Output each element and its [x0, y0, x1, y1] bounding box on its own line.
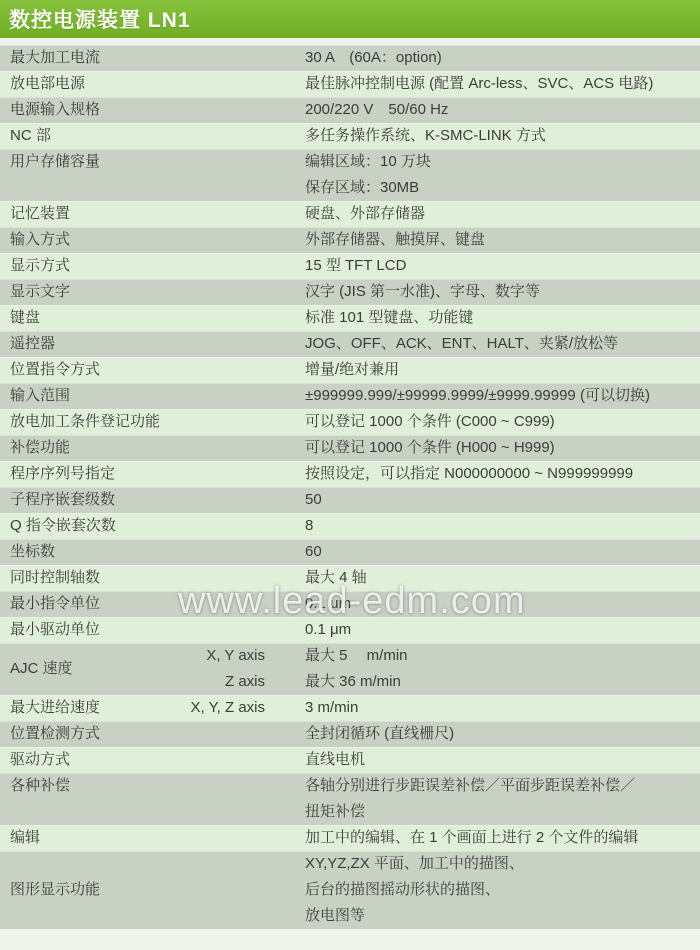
table-row: 位置指令方式增量/绝对兼用: [0, 357, 700, 383]
row-line: ±999999.999/±99999.9999/±9999.99999 (可以切…: [183, 383, 700, 409]
row-axis-sublabel: [183, 439, 293, 457]
row-body: 标准 101 型键盘、功能键: [183, 305, 700, 331]
table-row: 图形显示功能XY,YZ,ZX 平面、加工中的描图、后台的描图摇动形状的描图、放电…: [0, 851, 700, 929]
row-value: 15 型 TFT LCD: [293, 257, 700, 275]
spec-sheet-page: 数控电源装置 LN1 最大加工电流30 A (60A：option)放电部电源最…: [0, 0, 700, 950]
row-label: 显示方式: [0, 253, 183, 275]
row-label: NC 部: [0, 123, 183, 145]
row-value: 最大 36 m/min: [293, 673, 700, 691]
row-axis-sublabel: [183, 803, 293, 821]
row-line: 0.1 μm: [183, 591, 700, 617]
row-body: 可以登记 1000 个条件 (H000 ~ H999): [183, 435, 700, 461]
row-value: 可以登记 1000 个条件 (H000 ~ H999): [293, 439, 700, 457]
row-axis-sublabel: [183, 387, 293, 405]
row-body: 0.1 μm: [183, 591, 700, 617]
table-row: NC 部多任务操作系统、K-SMC-LINK 方式: [0, 123, 700, 149]
spec-table: 最大加工电流30 A (60A：option)放电部电源最佳脉冲控制电源 (配置…: [0, 45, 700, 929]
row-axis-sublabel: [183, 101, 293, 119]
row-line: 多任务操作系统、K-SMC-LINK 方式: [183, 123, 700, 149]
row-value: 全封闭循环 (直线栅尺): [293, 725, 700, 743]
row-label: 最大进给速度: [0, 695, 183, 717]
row-body: 60: [183, 539, 700, 565]
row-line: Z axis最大 36 m/min: [183, 669, 700, 695]
row-line: 加工中的编辑、在 1 个画面上进行 2 个文件的编辑: [183, 825, 700, 851]
row-body: 各轴分别进行步距误差补偿／平面步距误差补偿／扭矩补偿: [183, 773, 700, 825]
row-body: 50: [183, 487, 700, 513]
row-value: XY,YZ,ZX 平面、加工中的描图、: [293, 855, 700, 873]
row-value: 8: [293, 517, 700, 535]
row-axis-sublabel: [183, 413, 293, 431]
row-value: 0.1 μm: [293, 595, 700, 613]
row-axis-sublabel: [183, 569, 293, 587]
row-axis-sublabel: Z axis: [183, 673, 293, 691]
row-label: 输入方式: [0, 227, 183, 249]
row-label: 显示文字: [0, 279, 183, 301]
row-label: 驱动方式: [0, 747, 183, 769]
row-axis-sublabel: [183, 543, 293, 561]
row-value: 直线电机: [293, 751, 700, 769]
row-axis-sublabel: [183, 127, 293, 145]
row-body: 最大 4 轴: [183, 565, 700, 591]
row-line: 外部存储器、触摸屏、键盘: [183, 227, 700, 253]
row-label: 放电部电源: [0, 71, 183, 93]
row-value: 最佳脉冲控制电源 (配置 Arc-less、SVC、ACS 电路): [293, 75, 700, 93]
row-value: 外部存储器、触摸屏、键盘: [293, 231, 700, 249]
row-value: 加工中的编辑、在 1 个画面上进行 2 个文件的编辑: [293, 829, 700, 847]
row-body: 直线电机: [183, 747, 700, 773]
table-row: 显示方式15 型 TFT LCD: [0, 253, 700, 279]
row-label: 子程序嵌套级数: [0, 487, 183, 509]
row-value: 最大 4 轴: [293, 569, 700, 587]
row-line: 增量/绝对兼用: [183, 357, 700, 383]
row-value: 保存区域：30MB: [293, 179, 700, 197]
row-line: 200/220 V 50/60 Hz: [183, 97, 700, 123]
row-body: 15 型 TFT LCD: [183, 253, 700, 279]
row-body: 可以登记 1000 个条件 (C000 ~ C999): [183, 409, 700, 435]
row-axis-sublabel: [183, 49, 293, 67]
row-label: 用户存储容量: [0, 149, 183, 171]
row-line: 标准 101 型键盘、功能键: [183, 305, 700, 331]
row-axis-sublabel: [183, 335, 293, 353]
row-value: 200/220 V 50/60 Hz: [293, 101, 700, 119]
row-axis-sublabel: [183, 205, 293, 223]
title-table-gap: [0, 38, 700, 45]
row-label: 最小驱动单位: [0, 617, 183, 639]
row-line: 汉字 (JIS 第一水准)、字母、数字等: [183, 279, 700, 305]
page-title-bar: 数控电源装置 LN1: [0, 0, 700, 38]
row-axis-sublabel: [183, 309, 293, 327]
row-line: 可以登记 1000 个条件 (H000 ~ H999): [183, 435, 700, 461]
table-row: 记忆装置硬盘、外部存储器: [0, 201, 700, 227]
row-axis-sublabel: [183, 751, 293, 769]
row-value: 后台的描图摇动形状的描图、: [293, 881, 700, 899]
row-line: 放电图等: [183, 903, 700, 929]
row-line: 60: [183, 539, 700, 565]
table-row: 键盘标准 101 型键盘、功能键: [0, 305, 700, 331]
row-value: 50: [293, 491, 700, 509]
row-axis-sublabel: X, Y, Z axis: [183, 699, 293, 717]
row-body: X, Y axis最大 5 m/minZ axis最大 36 m/min: [183, 643, 700, 695]
row-line: 最佳脉冲控制电源 (配置 Arc-less、SVC、ACS 电路): [183, 71, 700, 97]
row-line: 8: [183, 513, 700, 539]
row-body: XY,YZ,ZX 平面、加工中的描图、后台的描图摇动形状的描图、放电图等: [183, 851, 700, 929]
row-label: 位置检测方式: [0, 721, 183, 743]
table-row: 位置检测方式全封闭循环 (直线栅尺): [0, 721, 700, 747]
row-line: 0.1 μm: [183, 617, 700, 643]
row-line: X, Y, Z axis3 m/min: [183, 695, 700, 721]
table-row: 用户存储容量编辑区域：10 万块保存区域：30MB: [0, 149, 700, 201]
table-row: 放电部电源最佳脉冲控制电源 (配置 Arc-less、SVC、ACS 电路): [0, 71, 700, 97]
row-line: 50: [183, 487, 700, 513]
row-body: 8: [183, 513, 700, 539]
row-label: 输入范围: [0, 383, 183, 405]
row-body: 全封闭循环 (直线栅尺): [183, 721, 700, 747]
row-label: AJC 速度: [0, 660, 183, 678]
row-line: 保存区域：30MB: [183, 175, 700, 201]
row-value: 60: [293, 543, 700, 561]
row-label: 最小指令单位: [0, 591, 183, 613]
row-label: 坐标数: [0, 539, 183, 561]
row-value: 汉字 (JIS 第一水准)、字母、数字等: [293, 283, 700, 301]
row-line: 全封闭循环 (直线栅尺): [183, 721, 700, 747]
row-label: 各种补偿: [0, 773, 183, 795]
row-body: 编辑区域：10 万块保存区域：30MB: [183, 149, 700, 201]
row-line: 编辑区域：10 万块: [183, 149, 700, 175]
row-label: 电源输入规格: [0, 97, 183, 119]
row-axis-sublabel: [183, 179, 293, 197]
table-row: Q 指令嵌套次数8: [0, 513, 700, 539]
row-label: 编辑: [0, 825, 183, 847]
row-line: 按照设定，可以指定 N000000000 ~ N999999999: [183, 461, 700, 487]
table-row: 编辑加工中的编辑、在 1 个画面上进行 2 个文件的编辑: [0, 825, 700, 851]
row-line: 直线电机: [183, 747, 700, 773]
row-value: 增量/绝对兼用: [293, 361, 700, 379]
table-row: 最大加工电流30 A (60A：option): [0, 45, 700, 71]
row-body: 加工中的编辑、在 1 个画面上进行 2 个文件的编辑: [183, 825, 700, 851]
row-value: 按照设定，可以指定 N000000000 ~ N999999999: [293, 465, 700, 483]
row-value: 多任务操作系统、K-SMC-LINK 方式: [293, 127, 700, 145]
row-body: 汉字 (JIS 第一水准)、字母、数字等: [183, 279, 700, 305]
row-line: 硬盘、外部存储器: [183, 201, 700, 227]
row-axis-sublabel: [183, 465, 293, 483]
row-value: 3 m/min: [293, 699, 700, 717]
row-axis-sublabel: [183, 283, 293, 301]
row-axis-sublabel: [183, 257, 293, 275]
table-row: 驱动方式直线电机: [0, 747, 700, 773]
row-label: 放电加工条件登记功能: [0, 409, 183, 431]
table-row: 最大进给速度X, Y, Z axis3 m/min: [0, 695, 700, 721]
row-body: JOG、OFF、ACK、ENT、HALT、夹紧/放松等: [183, 331, 700, 357]
row-value: 最大 5 m/min: [293, 647, 700, 665]
row-label: 程序序列号指定: [0, 461, 183, 483]
row-label: 位置指令方式: [0, 357, 183, 379]
row-line: JOG、OFF、ACK、ENT、HALT、夹紧/放松等: [183, 331, 700, 357]
row-label: 图形显示功能: [0, 881, 183, 899]
table-row: 电源输入规格200/220 V 50/60 Hz: [0, 97, 700, 123]
page-title: 数控电源装置 LN1: [9, 4, 191, 34]
row-line: 扭矩补偿: [183, 799, 700, 825]
table-row: AJC 速度X, Y axis最大 5 m/minZ axis最大 36 m/m…: [0, 643, 700, 695]
row-line: 15 型 TFT LCD: [183, 253, 700, 279]
table-row: 遥控器JOG、OFF、ACK、ENT、HALT、夹紧/放松等: [0, 331, 700, 357]
table-row: 输入方式外部存储器、触摸屏、键盘: [0, 227, 700, 253]
row-value: 30 A (60A：option): [293, 49, 700, 67]
row-line: 可以登记 1000 个条件 (C000 ~ C999): [183, 409, 700, 435]
row-axis-sublabel: [183, 725, 293, 743]
row-axis-sublabel: X, Y axis: [183, 647, 293, 665]
row-axis-sublabel: [183, 491, 293, 509]
row-axis-sublabel: [183, 829, 293, 847]
row-value: 各轴分别进行步距误差补偿／平面步距误差补偿／: [293, 777, 700, 795]
row-label: 记忆装置: [0, 201, 183, 223]
row-value: ±999999.999/±99999.9999/±9999.99999 (可以切…: [293, 387, 700, 405]
row-value: 标准 101 型键盘、功能键: [293, 309, 700, 327]
table-row: 程序序列号指定按照设定，可以指定 N000000000 ~ N999999999: [0, 461, 700, 487]
row-body: 最佳脉冲控制电源 (配置 Arc-less、SVC、ACS 电路): [183, 71, 700, 97]
row-body: 增量/绝对兼用: [183, 357, 700, 383]
table-row: 补偿功能可以登记 1000 个条件 (H000 ~ H999): [0, 435, 700, 461]
row-axis-sublabel: [183, 855, 293, 873]
row-axis-sublabel: [183, 361, 293, 379]
row-axis-sublabel: [183, 231, 293, 249]
row-body: 200/220 V 50/60 Hz: [183, 97, 700, 123]
row-body: X, Y, Z axis3 m/min: [183, 695, 700, 721]
table-row: 最小驱动单位0.1 μm: [0, 617, 700, 643]
row-axis-sublabel: [183, 621, 293, 639]
row-axis-sublabel: [183, 75, 293, 93]
table-row: 坐标数60: [0, 539, 700, 565]
row-axis-sublabel: [183, 595, 293, 613]
table-row: 放电加工条件登记功能可以登记 1000 个条件 (C000 ~ C999): [0, 409, 700, 435]
row-body: 外部存储器、触摸屏、键盘: [183, 227, 700, 253]
row-axis-sublabel: [183, 517, 293, 535]
row-value: 可以登记 1000 个条件 (C000 ~ C999): [293, 413, 700, 431]
row-axis-sublabel: [183, 881, 293, 899]
row-value: 放电图等: [293, 907, 700, 925]
row-axis-sublabel: [183, 907, 293, 925]
row-line: X, Y axis最大 5 m/min: [183, 643, 700, 669]
table-row: 输入范围±999999.999/±99999.9999/±9999.99999 …: [0, 383, 700, 409]
table-row: 最小指令单位0.1 μm: [0, 591, 700, 617]
row-line: XY,YZ,ZX 平面、加工中的描图、: [183, 851, 700, 877]
row-body: 硬盘、外部存储器: [183, 201, 700, 227]
table-row: 同时控制轴数最大 4 轴: [0, 565, 700, 591]
row-body: ±999999.999/±99999.9999/±9999.99999 (可以切…: [183, 383, 700, 409]
row-value: 硬盘、外部存储器: [293, 205, 700, 223]
row-body: 0.1 μm: [183, 617, 700, 643]
row-body: 30 A (60A：option): [183, 45, 700, 71]
row-label: 补偿功能: [0, 435, 183, 457]
table-row: 各种补偿各轴分别进行步距误差补偿／平面步距误差补偿／扭矩补偿: [0, 773, 700, 825]
row-line: 后台的描图摇动形状的描图、: [183, 877, 700, 903]
row-axis-sublabel: [183, 153, 293, 171]
table-row: 显示文字汉字 (JIS 第一水准)、字母、数字等: [0, 279, 700, 305]
row-label: 同时控制轴数: [0, 565, 183, 587]
row-line: 各轴分别进行步距误差补偿／平面步距误差补偿／: [183, 773, 700, 799]
row-line: 30 A (60A：option): [183, 45, 700, 71]
row-axis-sublabel: [183, 777, 293, 795]
row-label: Q 指令嵌套次数: [0, 513, 183, 535]
row-label: 键盘: [0, 305, 183, 327]
row-label: 遥控器: [0, 331, 183, 353]
row-label: 最大加工电流: [0, 45, 183, 67]
row-value: 编辑区域：10 万块: [293, 153, 700, 171]
row-line: 最大 4 轴: [183, 565, 700, 591]
row-value: JOG、OFF、ACK、ENT、HALT、夹紧/放松等: [293, 335, 700, 353]
row-value: 0.1 μm: [293, 621, 700, 639]
row-body: 按照设定，可以指定 N000000000 ~ N999999999: [183, 461, 700, 487]
row-value: 扭矩补偿: [293, 803, 700, 821]
row-body: 多任务操作系统、K-SMC-LINK 方式: [183, 123, 700, 149]
table-row: 子程序嵌套级数50: [0, 487, 700, 513]
